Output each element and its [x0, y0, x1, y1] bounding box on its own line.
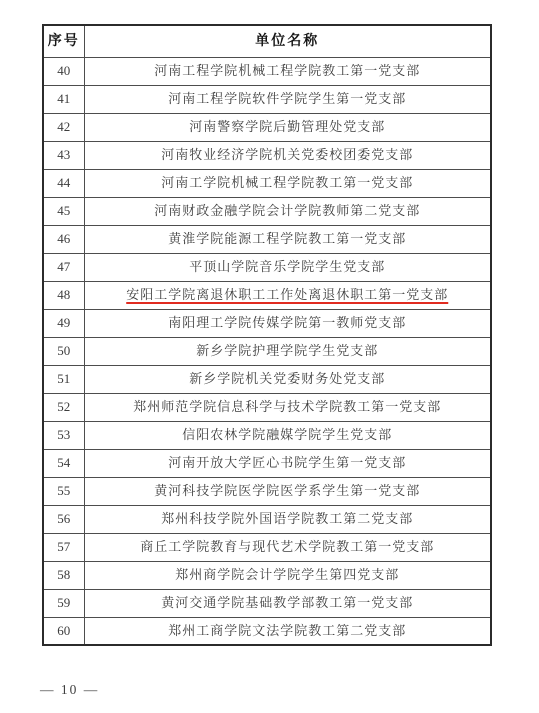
table-row: 49南阳理工学院传媒学院第一教师党支部	[43, 309, 491, 337]
unit-name: 郑州科技学院外国语学院教工第二党支部	[84, 505, 491, 533]
table-row: 55黄河科技学院医学院医学系学生第一党支部	[43, 477, 491, 505]
table-row: 46黄淮学院能源工程学院教工第一党支部	[43, 225, 491, 253]
unit-name: 河南工程学院机械工程学院教工第一党支部	[84, 57, 491, 85]
unit-name: 河南牧业经济学院机关党委校团委党支部	[84, 141, 491, 169]
row-number: 47	[43, 253, 84, 281]
unit-name: 新乡学院护理学院学生党支部	[84, 337, 491, 365]
unit-name: 南阳理工学院传媒学院第一教师党支部	[84, 309, 491, 337]
table-row: 41河南工程学院软件学院学生第一党支部	[43, 85, 491, 113]
table-header: 序号 单位名称	[43, 25, 491, 57]
header-row: 序号 单位名称	[43, 25, 491, 57]
row-number: 54	[43, 449, 84, 477]
header-cell-name: 单位名称	[84, 25, 491, 57]
row-number: 53	[43, 421, 84, 449]
table-row: 44河南工学院机械工程学院教工第一党支部	[43, 169, 491, 197]
unit-name: 黄淮学院能源工程学院教工第一党支部	[84, 225, 491, 253]
table-row: 52郑州师范学院信息科学与技术学院教工第一党支部	[43, 393, 491, 421]
unit-name: 河南工学院机械工程学院教工第一党支部	[84, 169, 491, 197]
unit-name: 郑州师范学院信息科学与技术学院教工第一党支部	[84, 393, 491, 421]
unit-name: 河南开放大学匠心书院学生第一党支部	[84, 449, 491, 477]
row-number: 46	[43, 225, 84, 253]
unit-name: 河南警察学院后勤管理处党支部	[84, 113, 491, 141]
row-number: 43	[43, 141, 84, 169]
page-number: — 10 —	[40, 682, 99, 698]
table-row: 47平顶山学院音乐学院学生党支部	[43, 253, 491, 281]
table-row: 53信阳农林学院融媒学院学生党支部	[43, 421, 491, 449]
document-page: 序号 单位名称 40河南工程学院机械工程学院教工第一党支部41河南工程学院软件学…	[0, 0, 539, 713]
table-row: 59黄河交通学院基础教学部教工第一党支部	[43, 589, 491, 617]
row-number: 56	[43, 505, 84, 533]
row-number: 52	[43, 393, 84, 421]
row-number: 60	[43, 617, 84, 645]
unit-name: 河南工程学院软件学院学生第一党支部	[84, 85, 491, 113]
units-table: 序号 单位名称 40河南工程学院机械工程学院教工第一党支部41河南工程学院软件学…	[42, 24, 492, 646]
unit-name: 新乡学院机关党委财务处党支部	[84, 365, 491, 393]
table-row: 58郑州商学院会计学院学生第四党支部	[43, 561, 491, 589]
unit-name: 平顶山学院音乐学院学生党支部	[84, 253, 491, 281]
unit-name: 黄河科技学院医学院医学系学生第一党支部	[84, 477, 491, 505]
unit-name-highlighted: 安阳工学院离退休职工工作处离退休职工第一党支部	[84, 281, 491, 309]
unit-name: 郑州商学院会计学院学生第四党支部	[84, 561, 491, 589]
header-cell-no: 序号	[43, 25, 84, 57]
row-number: 45	[43, 197, 84, 225]
row-number: 42	[43, 113, 84, 141]
row-number: 48	[43, 281, 84, 309]
row-number: 59	[43, 589, 84, 617]
table-row: 45河南财政金融学院会计学院教师第二党支部	[43, 197, 491, 225]
row-number: 50	[43, 337, 84, 365]
table-row: 48安阳工学院离退休职工工作处离退休职工第一党支部	[43, 281, 491, 309]
row-number: 58	[43, 561, 84, 589]
row-number: 40	[43, 57, 84, 85]
table-body: 40河南工程学院机械工程学院教工第一党支部41河南工程学院软件学院学生第一党支部…	[43, 57, 491, 645]
table-row: 51新乡学院机关党委财务处党支部	[43, 365, 491, 393]
table-row: 42河南警察学院后勤管理处党支部	[43, 113, 491, 141]
row-number: 41	[43, 85, 84, 113]
table-row: 50新乡学院护理学院学生党支部	[43, 337, 491, 365]
unit-name: 黄河交通学院基础教学部教工第一党支部	[84, 589, 491, 617]
row-number: 55	[43, 477, 84, 505]
table-row: 43河南牧业经济学院机关党委校团委党支部	[43, 141, 491, 169]
table-row: 57商丘工学院教育与现代艺术学院教工第一党支部	[43, 533, 491, 561]
table-row: 60郑州工商学院文法学院教工第二党支部	[43, 617, 491, 645]
unit-name: 郑州工商学院文法学院教工第二党支部	[84, 617, 491, 645]
table-row: 54河南开放大学匠心书院学生第一党支部	[43, 449, 491, 477]
unit-name: 河南财政金融学院会计学院教师第二党支部	[84, 197, 491, 225]
row-number: 49	[43, 309, 84, 337]
row-number: 51	[43, 365, 84, 393]
unit-name: 信阳农林学院融媒学院学生党支部	[84, 421, 491, 449]
row-number: 57	[43, 533, 84, 561]
unit-name: 商丘工学院教育与现代艺术学院教工第一党支部	[84, 533, 491, 561]
table-row: 56郑州科技学院外国语学院教工第二党支部	[43, 505, 491, 533]
row-number: 44	[43, 169, 84, 197]
table-row: 40河南工程学院机械工程学院教工第一党支部	[43, 57, 491, 85]
